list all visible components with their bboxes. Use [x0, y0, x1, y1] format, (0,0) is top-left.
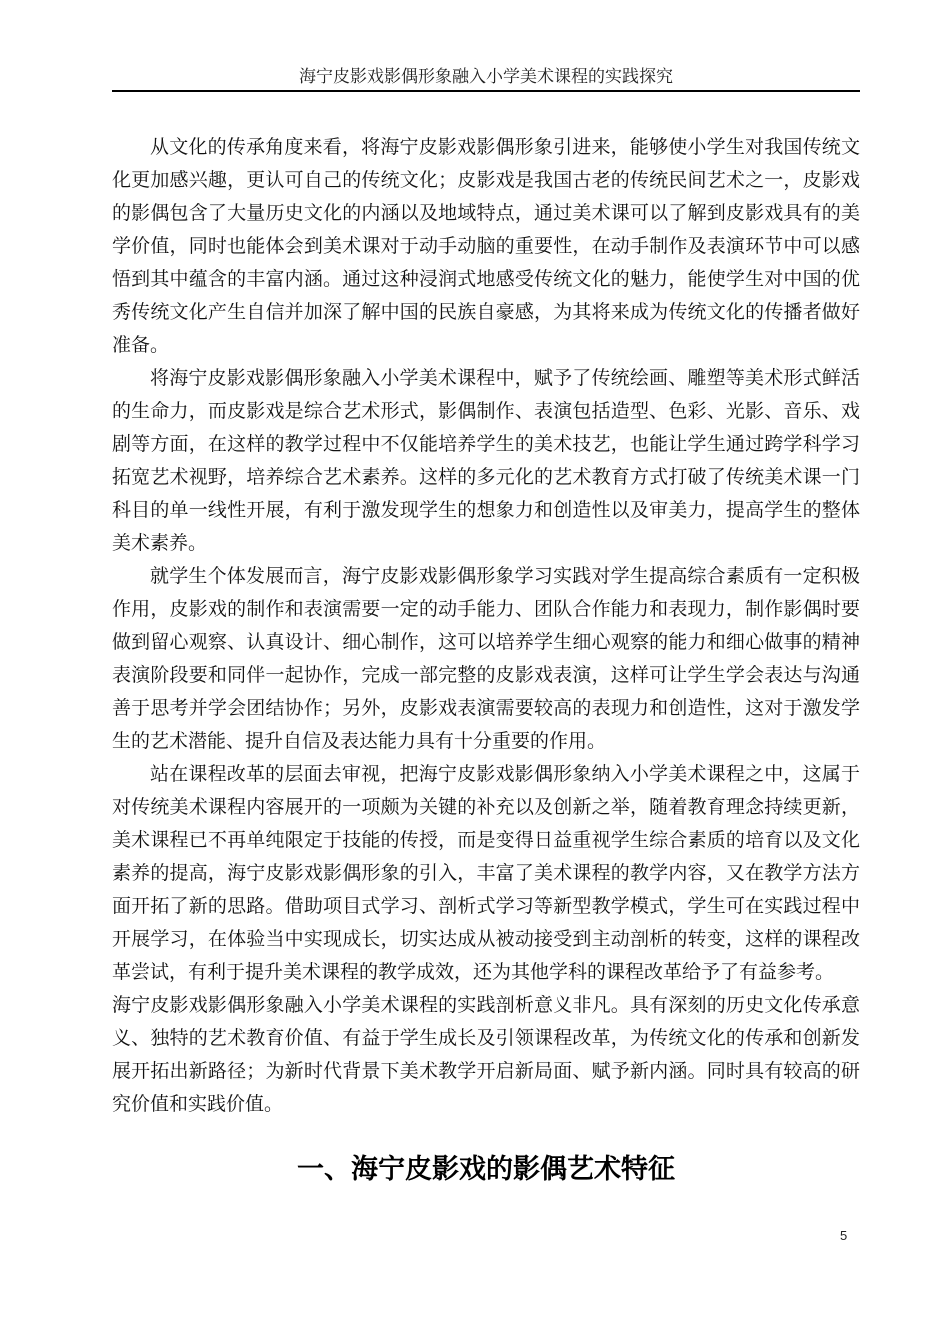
text-line: 的生命力，而皮影戏是综合艺术形式，影偶制作、表演包括造型、色彩、光影、音乐、戏	[112, 395, 860, 428]
text-line: 从文化的传承角度来看，将海宁皮影戏影偶形象引进来，能够使小学生对我国传统文	[112, 131, 860, 164]
paragraph: 将海宁皮影戏影偶形象融入小学美术课程中，赋予了传统绘画、雕塑等美术形式鲜活 的生…	[112, 362, 860, 560]
text-line: 科目的单一线性开展，有利于激发现学生的想象力和创造性以及审美力，提高学生的整体	[112, 494, 860, 527]
running-header: 海宁皮影戏影偶形象融入小学美术课程的实践探究	[112, 66, 860, 88]
text-line: 拓宽艺术视野，培养综合艺术素养。这样的多元化的艺术教育方式打破了传统美术课一门	[112, 461, 860, 494]
text-line: 美术课程已不再单纯限定于技能的传授，而是变得日益重视学生综合素质的培育以及文化	[112, 824, 860, 857]
page-number: 5	[840, 1228, 870, 1243]
text-line: 剧等方面，在这样的教学过程中不仅能培养学生的美术技艺，也能让学生通过跨学科学习	[112, 428, 860, 461]
text-line: 学价值，同时也能体会到美术课对于动手动脑的重要性，在动手制作及表演环节中可以感	[112, 230, 860, 263]
text-line: 秀传统文化产生自信并加深了解中国的民族自豪感，为其将来成为传统文化的传播者做好	[112, 296, 860, 329]
paragraph: 从文化的传承角度来看，将海宁皮影戏影偶形象引进来，能够使小学生对我国传统文 化更…	[112, 131, 860, 362]
text-line: 海宁皮影戏影偶形象融入小学美术课程的实践剖析意义非凡。具有深刻的历史文化传承意	[112, 989, 860, 1022]
text-line: 化更加感兴趣，更认可自己的传统文化；皮影戏是我国古老的传统民间艺术之一，皮影戏	[112, 164, 860, 197]
text-line: 站在课程改革的层面去审视，把海宁皮影戏影偶形象纳入小学美术课程之中，这属于	[112, 758, 860, 791]
text-line: 展开拓出新路径；为新时代背景下美术教学开启新局面、赋予新内涵。同时具有较高的研	[112, 1055, 860, 1088]
text-line: 革尝试，有利于提升美术课程的教学成效，还为其他学科的课程改革给予了有益参考。	[112, 956, 860, 989]
text-line: 究价值和实践价值。	[112, 1088, 860, 1121]
paragraph: 就学生个体发展而言，海宁皮影戏影偶形象学习实践对学生提高综合素质有一定积极 作用…	[112, 560, 860, 758]
text-line: 善于思考并学会团结协作；另外，皮影戏表演需要较高的表现力和创造性，这对于激发学	[112, 692, 860, 725]
text-line: 将海宁皮影戏影偶形象融入小学美术课程中，赋予了传统绘画、雕塑等美术形式鲜活	[112, 362, 860, 395]
text-line: 表演阶段要和同伴一起协作，完成一部完整的皮影戏表演，这样可让学生学会表达与沟通	[112, 659, 860, 692]
text-line: 美术素养。	[112, 527, 860, 560]
text-line: 做到留心观察、认真设计、细心制作，这可以培养学生细心观察的能力和细心做事的精神	[112, 626, 860, 659]
text-line: 生的艺术潜能、提升自信及表达能力具有十分重要的作用。	[112, 725, 860, 758]
paragraph: 海宁皮影戏影偶形象融入小学美术课程的实践剖析意义非凡。具有深刻的历史文化传承意 …	[112, 989, 860, 1121]
text-line: 准备。	[112, 329, 860, 362]
document-body: 从文化的传承角度来看，将海宁皮影戏影偶形象引进来，能够使小学生对我国传统文 化更…	[112, 131, 860, 1121]
text-line: 面开拓了新的思路。借助项目式学习、剖析式学习等新型教学模式，学生可在实践过程中	[112, 890, 860, 923]
text-line: 开展学习，在体验当中实现成长，切实达成从被动接受到主动剖析的转变，这样的课程改	[112, 923, 860, 956]
text-line: 对传统美术课程内容展开的一项颇为关键的补充以及创新之举，随着教育理念持续更新，	[112, 791, 860, 824]
text-line: 就学生个体发展而言，海宁皮影戏影偶形象学习实践对学生提高综合素质有一定积极	[112, 560, 860, 593]
section-heading: 一、海宁皮影戏的影偶艺术特征	[112, 1150, 860, 1190]
text-line: 的影偶包含了大量历史文化的内涵以及地域特点，通过美术课可以了解到皮影戏具有的美	[112, 197, 860, 230]
text-line: 义、独特的艺术教育价值、有益于学生成长及引领课程改革，为传统文化的传承和创新发	[112, 1022, 860, 1055]
header-divider	[112, 90, 860, 92]
paragraph: 站在课程改革的层面去审视，把海宁皮影戏影偶形象纳入小学美术课程之中，这属于 对传…	[112, 758, 860, 989]
text-line: 悟到其中蕴含的丰富内涵。通过这种浸润式地感受传统文化的魅力，能使学生对中国的优	[112, 263, 860, 296]
text-line: 素养的提高，海宁皮影戏影偶形象的引入，丰富了美术课程的教学内容，又在教学方法方	[112, 857, 860, 890]
text-line: 作用，皮影戏的制作和表演需要一定的动手能力、团队合作能力和表现力，制作影偶时要	[112, 593, 860, 626]
